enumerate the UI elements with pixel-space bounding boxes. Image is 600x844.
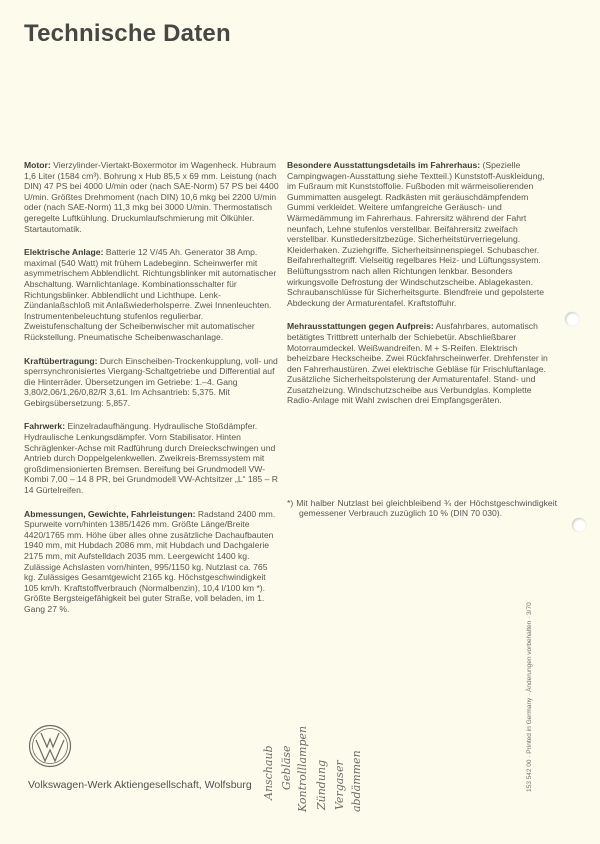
spec-fahrerhaus: Besondere Ausstattungsdetails im Fahrerh…: [287, 160, 549, 308]
print-imprint: 153 542 00 · Printed in Germany · Änderu…: [526, 602, 533, 792]
vw-logo-icon: [28, 724, 72, 768]
spec-heading: Besondere Ausstattungsdetails im Fahrerh…: [287, 160, 480, 170]
handwritten-note: Zündung: [315, 760, 328, 810]
company-name: Volkswagen-Werk Aktiengesellschaft, Wolf…: [28, 779, 252, 791]
handwritten-note: Vergaser: [333, 760, 346, 810]
spec-kraftuebertragung: Kraftübertragung: Durch Einscheiben-Troc…: [24, 356, 279, 409]
spec-text: Ausfahrbares, automatisch betätigtes Tri…: [287, 321, 548, 405]
spec-elektrische-anlage: Elektrische Anlage: Batterie 12 V/45 Ah.…: [24, 247, 279, 342]
left-column: Motor: Vierzylinder-Viertakt-Boxermotor …: [24, 160, 279, 628]
handwritten-note: abdämmen: [350, 750, 363, 812]
punch-hole-icon: [565, 312, 579, 326]
spec-heading: Fahrwerk:: [24, 421, 65, 431]
spec-text: (Spezielle Campingwagen-Ausstattung sieh…: [287, 160, 545, 308]
spec-heading: Kraftübertragung:: [24, 356, 98, 366]
punch-hole-icon: [572, 518, 586, 532]
handwritten-note: Kontrolllampen: [296, 726, 309, 812]
right-column: Besondere Ausstattungsdetails im Fahrerh…: [287, 160, 549, 419]
page-title: Technische Daten: [24, 20, 231, 48]
spec-motor: Motor: Vierzylinder-Viertakt-Boxermotor …: [24, 160, 279, 234]
spec-heading: Elektrische Anlage:: [24, 247, 103, 257]
spec-heading: Mehrausstattungen gegen Aufpreis:: [287, 321, 434, 331]
spec-text: Radstand 2400 mm. Spurweite vorn/hinten …: [24, 509, 275, 614]
spec-text: Batterie 12 V/45 Ah. Generator 38 Amp. m…: [24, 247, 276, 342]
spec-mehrausstattungen: Mehrausstattungen gegen Aufpreis: Ausfah…: [287, 321, 549, 406]
spec-fahrwerk: Fahrwerk: Einzelradaufhängung. Hydraulis…: [24, 421, 279, 495]
footnote: *) Mit halber Nutzlast bei gleichbleiben…: [287, 498, 557, 518]
spec-text: Vierzylinder-Viertakt-Boxermotor im Wage…: [24, 160, 279, 234]
spec-heading: Motor:: [24, 160, 51, 170]
handwritten-note: Gebläse: [280, 745, 293, 790]
spec-abmessungen: Abmessungen, Gewichte, Fahrleistungen: R…: [24, 509, 279, 615]
spec-text: Einzelradaufhängung. Hydraulische Stoßdä…: [24, 421, 278, 495]
spec-heading: Abmessungen, Gewichte, Fahrleistungen:: [24, 509, 195, 519]
handwritten-note: Anschaub: [262, 745, 275, 800]
